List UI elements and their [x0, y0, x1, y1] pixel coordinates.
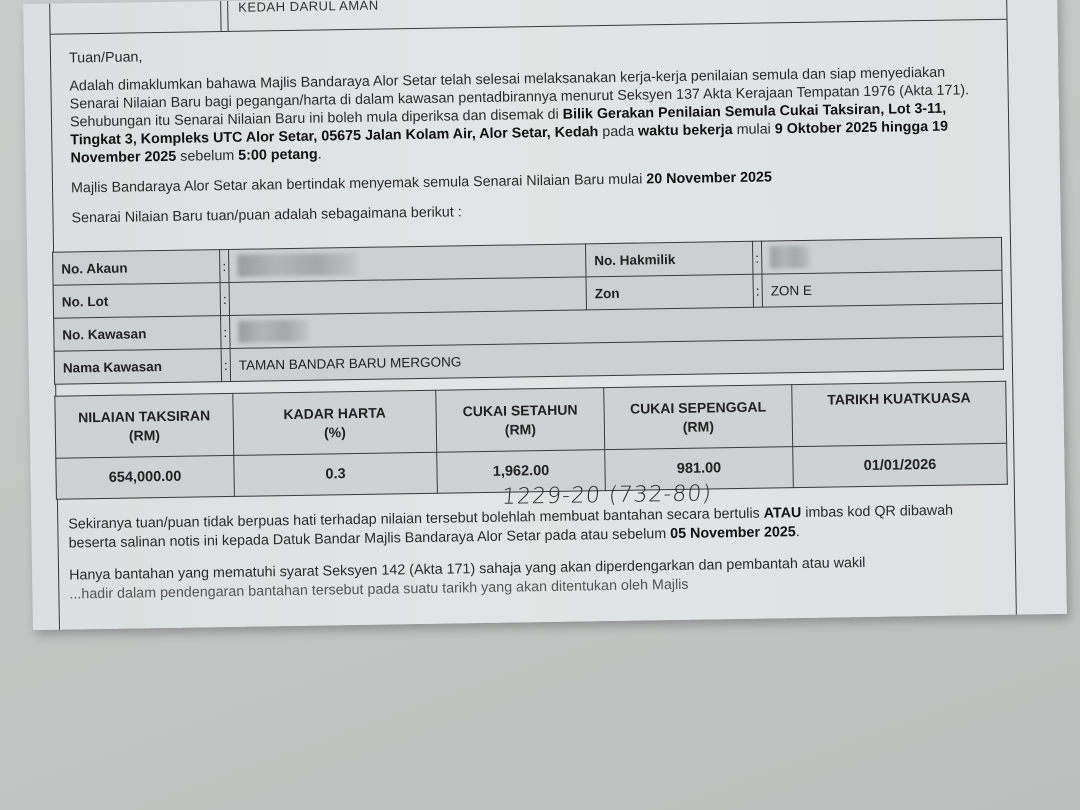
property-info-table: No. Akaun : No. Hakmilik : No. Lot : Zon…	[52, 237, 1004, 385]
no-lot-value	[229, 277, 586, 316]
objection-deadline: 05 November 2025	[670, 524, 796, 542]
no-hakmilik-value	[761, 237, 1001, 274]
paragraph-objection: Sekiranya tuan/puan tidak berpuas hati t…	[68, 501, 1004, 553]
no-hakmilik-label: No. Hakmilik	[585, 241, 752, 277]
no-kawasan-label: No. Kawasan	[54, 316, 221, 352]
objection-section: Sekiranya tuan/puan tidak berpuas hati t…	[68, 501, 1005, 604]
no-akaun-label: No. Akaun	[53, 250, 220, 286]
letter-body: Tuan/Puan, Adalah dimaklumkan bahawa Maj…	[69, 35, 990, 239]
header-tarikh-kuatkuasa: TARIKH KUATKUASA	[792, 381, 1007, 446]
text: mulai	[733, 121, 775, 138]
zon-value: ZON E	[762, 270, 1002, 307]
redacted-value	[238, 320, 308, 343]
salutation: Tuan/Puan,	[69, 35, 987, 67]
text-bold: ATAU	[764, 505, 802, 522]
address-divider	[220, 1, 228, 31]
paragraph-intro: Adalah dimaklumkan bahawa Majlis Bandara…	[69, 63, 988, 167]
value-nilaian-taksiran: 654,000.00	[56, 455, 235, 499]
tax-assessment-table: NILAIAN TAKSIRAN(RM) KADAR HARTA(%) CUKA…	[54, 381, 1008, 500]
paragraph-list-intro: Senarai Nilaian Baru tuan/puan adalah se…	[71, 195, 989, 227]
no-akaun-value	[229, 244, 586, 283]
redacted-value	[237, 253, 357, 277]
value-tarikh-kuatkuasa: 01/01/2026	[793, 443, 1008, 487]
text: sebelum	[176, 148, 238, 165]
document-frame: KEDAH DARUL AMAN Tuan/Puan, Adalah dimak…	[49, 0, 1017, 630]
text-bold: waktu bekerja	[638, 122, 733, 139]
review-date: 20 November 2025	[646, 169, 772, 187]
paragraph-review: Majlis Bandaraya Alor Setar akan bertind…	[71, 165, 989, 197]
text: Majlis Bandaraya Alor Setar akan bertind…	[71, 171, 647, 196]
colon: :	[221, 348, 231, 381]
no-lot-label: No. Lot	[53, 283, 220, 319]
zon-label: Zon	[586, 274, 753, 310]
paragraph-hearing: Hanya bantahan yang mematuhi syarat Seks…	[69, 552, 1005, 604]
nama-kawasan-label: Nama Kawasan	[54, 349, 221, 385]
text: .	[796, 524, 800, 540]
header-kadar-harta: KADAR HARTA(%)	[233, 390, 437, 455]
closing-time: 5:00 petang	[238, 147, 318, 164]
text: pada	[598, 124, 638, 141]
redacted-value	[770, 246, 810, 269]
header-cukai-setahun: CUKAI SETAHUN(RM)	[436, 388, 605, 453]
header-nilaian-taksiran: NILAIAN TAKSIRAN(RM)	[55, 393, 234, 458]
text: .	[318, 146, 322, 162]
address-box: KEDAH DARUL AMAN	[50, 0, 1006, 35]
notice-paper: KEDAH DARUL AMAN Tuan/Puan, Adalah dimak…	[23, 0, 1067, 630]
header-cukai-sepenggal: CUKAI SEPENGGAL(RM)	[604, 385, 793, 450]
address-line: KEDAH DARUL AMAN	[238, 0, 379, 15]
value-kadar-harta: 0.3	[234, 452, 438, 496]
